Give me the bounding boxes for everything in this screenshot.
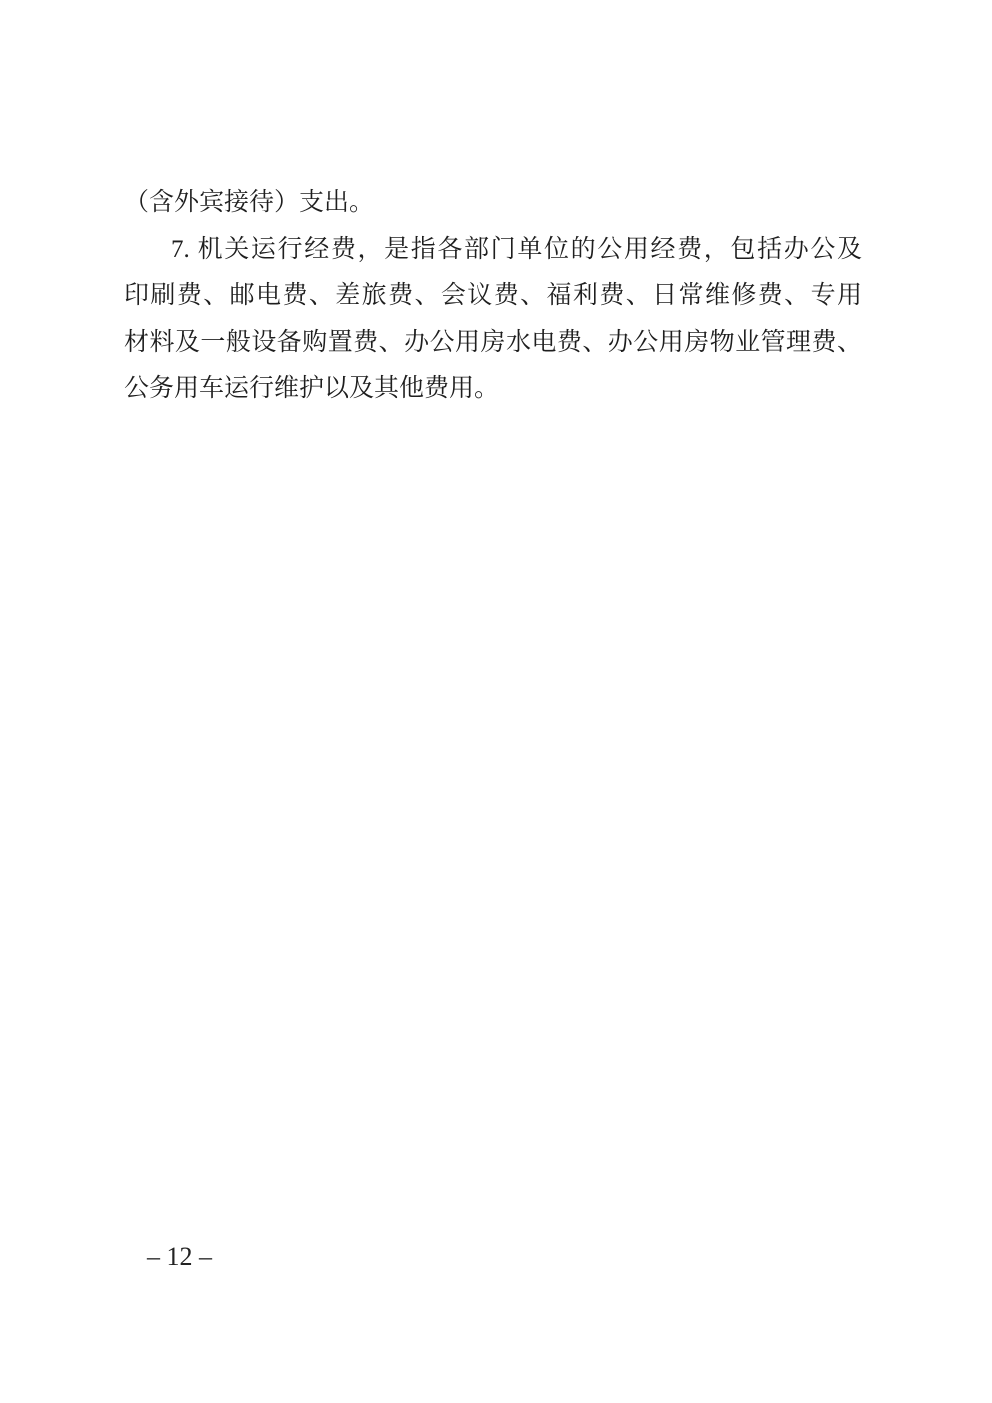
body-text-line-5: 公务用车运行维护以及其他费用。 xyxy=(124,366,862,413)
body-text: （含外宾接待）支出。 7. 机关运行经费，是指各部门单位的公用经费，包括办公及 … xyxy=(124,180,862,413)
body-text-line-4: 材料及一般设备购置费、办公用房水电费、办公用房物业管理费、 xyxy=(124,320,862,367)
document-page: （含外宾接待）支出。 7. 机关运行经费，是指各部门单位的公用经费，包括办公及 … xyxy=(0,0,992,1403)
body-text-line-2: 7. 机关运行经费，是指各部门单位的公用经费，包括办公及 xyxy=(124,227,862,274)
body-text-line-3: 印刷费、邮电费、差旅费、会议费、福利费、日常维修费、专用 xyxy=(124,273,862,320)
body-text-line-1: （含外宾接待）支出。 xyxy=(124,180,862,227)
page-number: – 12 – xyxy=(147,1242,212,1272)
